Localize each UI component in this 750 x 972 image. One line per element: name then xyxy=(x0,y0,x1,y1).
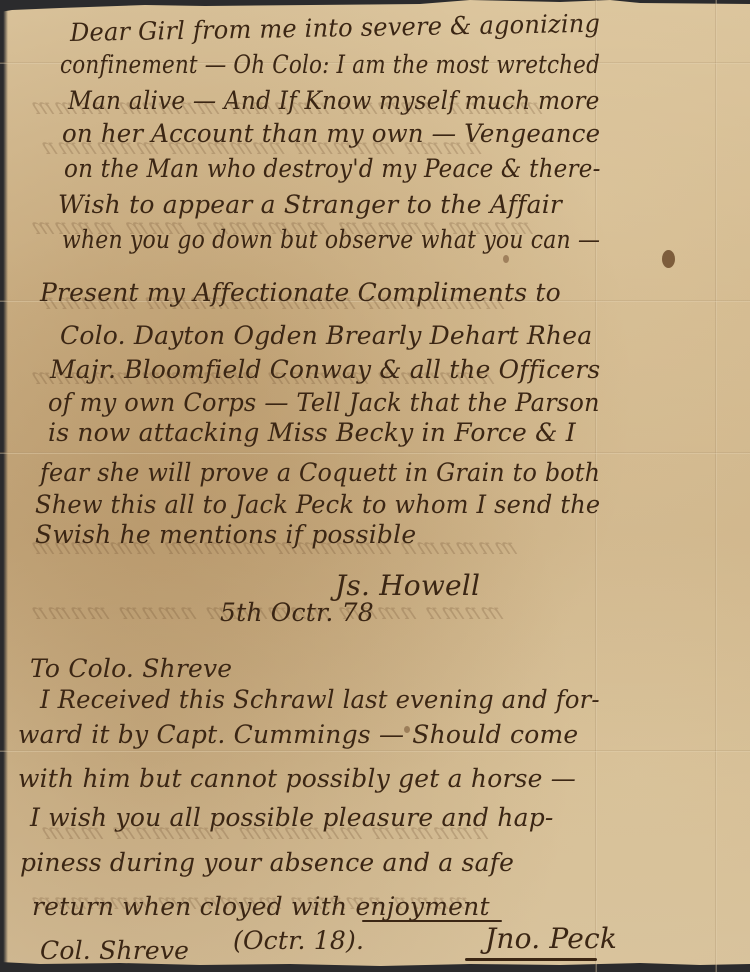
text-line: when you go down but observe what you ca… xyxy=(62,227,600,252)
signature-howell: Js. Howell xyxy=(335,572,480,600)
text-line: ward it by Capt. Cummings — Should come xyxy=(18,722,578,747)
text-line: Majr. Bloomfield Conway & all the Office… xyxy=(50,357,600,382)
text-line: with him but cannot possibly get a horse… xyxy=(18,766,576,791)
underline-enjoyment xyxy=(362,920,502,922)
text-line: piness during your absence and a safe xyxy=(20,850,514,875)
letter-date: 5th Octr. 78 xyxy=(220,600,374,625)
text-line: Swish he mentions if possible xyxy=(35,522,416,547)
text-line: Shew this all to Jack Peck to whom I sen… xyxy=(35,492,600,517)
signature-peck: Jno. Peck xyxy=(485,925,617,953)
text-line: on the Man who destroy'd my Peace & ther… xyxy=(64,156,601,181)
addressee: Col. Shreve xyxy=(40,938,189,963)
text-line: Colo. Dayton Ogden Brearly Dehart Rhea xyxy=(60,323,592,348)
letter-page: mnmnn nmmmn nmnmm mnmnm nnmm nmmn mnmnm … xyxy=(0,0,750,972)
salutation: To Colo. Shreve xyxy=(30,656,232,681)
text-line: Wish to appear a Stranger to the Affair xyxy=(58,192,562,217)
text-line: confinement — Oh Colo: I am the most wre… xyxy=(60,52,600,77)
fold-line-horizontal xyxy=(0,452,750,454)
text-line: Present my Affectionate Compliments to xyxy=(40,280,561,305)
text-line: of my own Corps — Tell Jack that the Par… xyxy=(48,390,600,415)
text-line: on her Account than my own — Vengeance xyxy=(62,121,600,146)
signature-underline xyxy=(465,958,597,961)
fold-line-vertical xyxy=(715,0,717,972)
ink-stain xyxy=(662,250,675,268)
text-line: return when cloyed with enjoyment xyxy=(32,894,490,919)
text-line: I Received this Schrawl last evening and… xyxy=(40,687,600,712)
ink-stain xyxy=(503,255,509,263)
fold-line-horizontal xyxy=(0,750,750,752)
text-line: Man alive — And If Know myself much more xyxy=(68,88,600,113)
text-line: is now attacking Miss Becky in Force & I xyxy=(48,420,576,445)
text-line: I wish you all possible pleasure and hap… xyxy=(30,805,554,830)
text-line: Dear Girl from me into severe & agonizin… xyxy=(70,11,601,45)
scan-edge-left xyxy=(0,0,8,972)
date-note: (Octr. 18). xyxy=(233,928,364,953)
text-line: fear she will prove a Coquett in Grain t… xyxy=(40,460,600,485)
